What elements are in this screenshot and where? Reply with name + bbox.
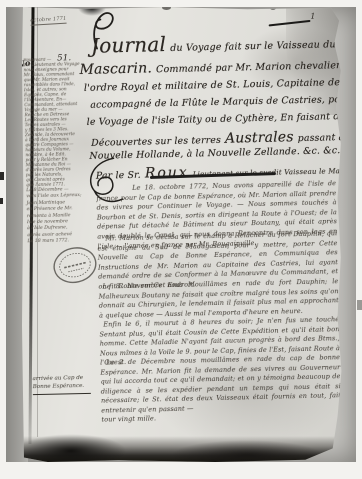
body-paragraph-3: Le 8. Novembre nous Mouillâmes en rade d…	[98, 277, 339, 321]
border-smudge	[357, 300, 362, 310]
pencil-date-note: octobre 1771	[30, 16, 67, 26]
margin-annotations-dates: Le 8 Décembre — vers l'isle aux Lépreux;…	[26, 187, 99, 246]
title-word-journal: Journal	[91, 32, 167, 58]
title-line-2: Mascarin. Commandé par Mr. Marion cheval…	[79, 56, 356, 78]
border-smudge	[0, 198, 3, 204]
author-name: Roux	[145, 165, 189, 182]
page-number: 1	[310, 12, 315, 21]
bottom-shadow-blob	[172, 440, 322, 462]
bottom-shadow-blob	[16, 434, 126, 462]
library-stamp-icon	[48, 240, 102, 290]
photograph-of-manuscript: octobre 1771 No 51. 1 Journal du Voyage …	[0, 0, 362, 479]
handwriting-layer: octobre 1771 No 51. 1 Journal du Voyage …	[16, 7, 348, 462]
title-line-5: le Voyage de l'isle Taity ou de Cythère,…	[87, 110, 356, 127]
title-line-1: Journal du Voyage fait sur le Vaisseau d…	[91, 27, 356, 57]
manuscript-page: octobre 1771 No 51. 1 Journal du Voyage …	[22, 7, 344, 462]
title-line-4: accompagné de la Flûte le Marquis de Cas…	[90, 93, 356, 111]
body-paragraph-5: Le 2 de Décembre nous mouillâmes en rade…	[100, 353, 341, 416]
photo-background: octobre 1771 No 51. 1 Journal du Voyage …	[6, 7, 356, 462]
arrival-margin-note: arrivée au Cap de Bonne Espérance.	[32, 375, 96, 391]
margin-annotations-title: Boulevard — 1er Lieutenant du Voyage nou…	[23, 57, 92, 188]
arrival-note-underline	[33, 393, 91, 395]
title-word-australes: Australes	[225, 129, 294, 147]
pen-dash	[269, 20, 311, 26]
title-line-3: l'ordre Royal et militaire de St. Louis,…	[84, 76, 356, 94]
title-word-mascarin: Mascarin.	[79, 60, 152, 78]
border-smudge	[0, 172, 4, 180]
